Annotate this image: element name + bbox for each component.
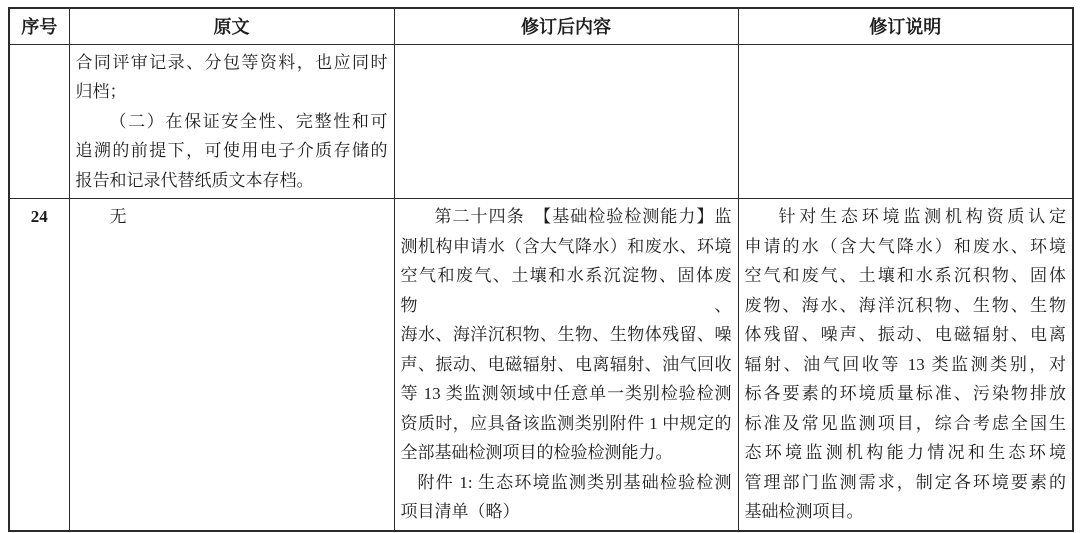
text-line: 第二十四条 【基础检验检测能力】监 (401, 202, 732, 232)
text-line: 附件 1: 生态环境监测类别基础检验检测 (401, 468, 732, 498)
text-line: 标准及常见监测项目，综合考虑全国生 (745, 409, 1067, 439)
header-cell-original: 原文 (69, 8, 394, 44)
seq-cell: 24 (9, 199, 69, 531)
table-row-continuation: 合同评审记录、分包等资料，也应同时归档；（二）在保证安全性、完整性和可追溯的前提… (9, 44, 1073, 199)
header-cell-seq: 序号 (9, 8, 69, 44)
text-line: 态环境监测机构能力情况和生态环境 (745, 438, 1067, 468)
text-line: 合同评审记录、分包等资料，也应同时 (76, 48, 388, 78)
text-line: 辐射、油气回收等 13 类监测类别，对 (745, 350, 1067, 380)
text-line: 海水、海洋沉积物、生物、生物体残留、噪 (401, 320, 732, 350)
explanation-text-cell: 针对生态环境监测机构资质认定申请的水（含大气降水）和废水、环境空气和废气、土壤和… (738, 199, 1073, 531)
text-line: 归档； (76, 77, 388, 107)
revised-text-cell (394, 44, 738, 199)
text-line: 无 (76, 202, 388, 232)
text-line: 项目清单（略） (401, 497, 732, 527)
text-line: 声、振动、电磁辐射、电离辐射、油气回收 (401, 350, 732, 380)
revision-comparison-table: 序号 原文 修订后内容 修订说明 合同评审记录、分包等资料，也应同时归档；（二）… (8, 7, 1074, 532)
text-line: 测机构申请水（含大气降水）和废水、环境 (401, 232, 732, 262)
text-line: 基础检测项目。 (745, 497, 1067, 527)
original-text-cell: 合同评审记录、分包等资料，也应同时归档；（二）在保证安全性、完整性和可追溯的前提… (69, 44, 394, 199)
text-line: 标各要素的环境质量标准、污染物排放 (745, 379, 1067, 409)
text-line: 报告和记录代替纸质文本存档。 (76, 166, 388, 196)
text-line: 申请的水（含大气降水）和废水、环境 (745, 232, 1067, 262)
text-line: 全部基础检测项目的检验检测能力。 (401, 438, 732, 468)
header-cell-revised: 修订后内容 (394, 8, 738, 44)
seq-cell (9, 44, 69, 199)
revised-text-cell: 第二十四条 【基础检验检测能力】监测机构申请水（含大气降水）和废水、环境空气和废… (394, 199, 738, 531)
header-cell-explanation: 修订说明 (738, 8, 1073, 44)
original-text-cell: 无 (69, 199, 394, 531)
text-line: 管理部门监测需求，制定各环境要素的 (745, 468, 1067, 498)
text-line: 资质时，应具备该监测类别附件 1 中规定的 (401, 409, 732, 439)
text-line: （二）在保证安全性、完整性和可 (76, 107, 388, 137)
text-line: 废物、海水、海洋沉积物、生物、生物 (745, 291, 1067, 321)
table-row-24: 24 无 第二十四条 【基础检验检测能力】监测机构申请水（含大气降水）和废水、环… (9, 199, 1073, 531)
text-line: 追溯的前提下，可使用电子介质存储的 (76, 136, 388, 166)
document-page: 序号 原文 修订后内容 修订说明 合同评审记录、分包等资料，也应同时归档；（二）… (0, 0, 1080, 533)
text-line: 空气和废气、土壤和水系沉淀物、固体废物、 (401, 261, 732, 320)
text-line: 体残留、噪声、振动、电磁辐射、电离 (745, 320, 1067, 350)
explanation-text-cell (738, 44, 1073, 199)
table-header-row: 序号 原文 修订后内容 修订说明 (9, 8, 1073, 44)
text-line: 空气和废气、土壤和水系沉积物、固体 (745, 261, 1067, 291)
text-line: 等 13 类监测领域中任意单一类别检验检测 (401, 379, 732, 409)
text-line: 针对生态环境监测机构资质认定 (745, 202, 1067, 232)
